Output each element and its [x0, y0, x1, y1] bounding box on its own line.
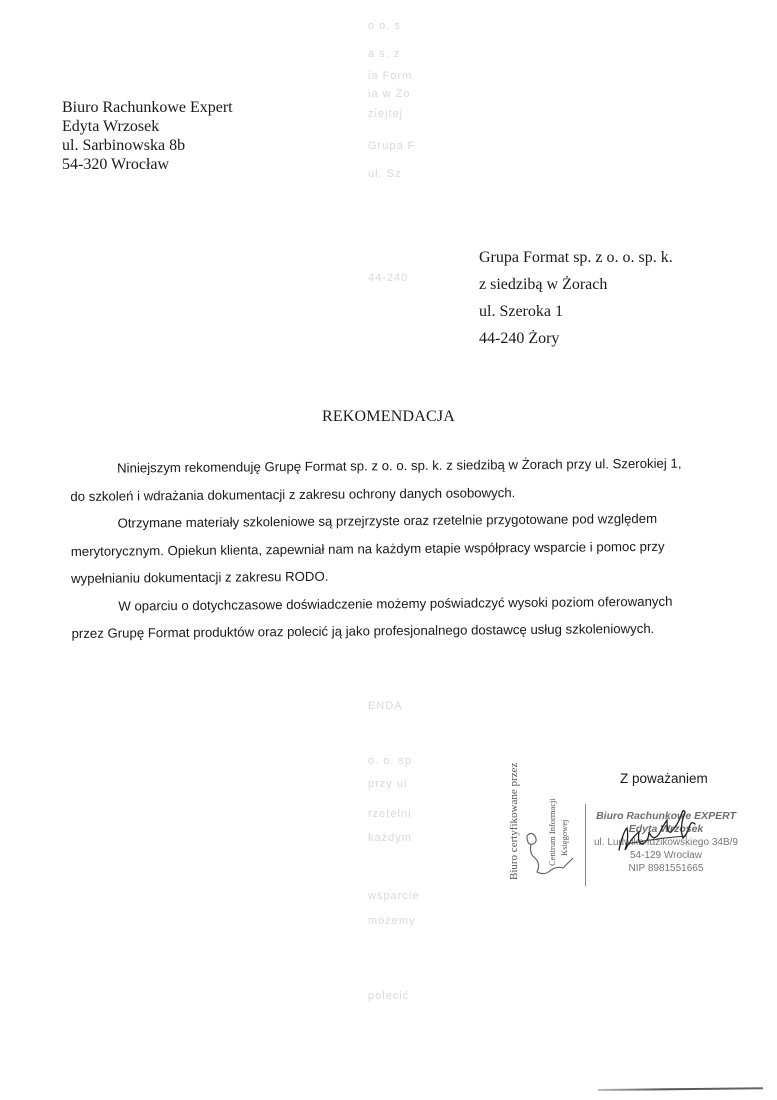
ghost-line: rzetelni [368, 808, 411, 820]
stamp-org-line1: Centrum Informacji [547, 798, 557, 866]
handwritten-signature-icon [597, 800, 747, 880]
ghost-line: 44-240 [368, 272, 408, 284]
stamp-certified-text: Biuro certyfikowane przez [508, 763, 520, 880]
sender-name: Edyta Wrzosek [62, 117, 233, 136]
ghost-line: ziejtej [368, 108, 403, 120]
paragraph-3: W oparciu o dotychczasowe doświadczenie … [71, 587, 696, 647]
sender-address: Biuro Rachunkowe Expert Edyta Wrzosek ul… [62, 98, 233, 174]
ghost-line: każdym [368, 832, 412, 844]
ghost-line: wsparcie [368, 890, 419, 902]
ghost-line: przy ul [368, 778, 407, 790]
ghost-line: o. o. sp [368, 755, 412, 767]
ghost-line: polecić [368, 990, 409, 1002]
stamp-divider [585, 804, 586, 886]
ghost-line: o o. s [368, 20, 401, 32]
recipient-address: Grupa Format sp. z o. o. sp. k. z siedzi… [479, 244, 673, 352]
letter-body: Niniejszym rekomenduję Grupę Format sp. … [70, 450, 697, 648]
ghost-line: możemy [368, 915, 416, 927]
paragraph-1: Niniejszym rekomenduję Grupę Format sp. … [70, 450, 695, 510]
recipient-street: ul. Szeroka 1 [479, 298, 673, 325]
closing-salutation: Z poważaniem [620, 771, 708, 786]
sender-city: 54-320 Wrocław [62, 155, 233, 174]
ghost-line: ENDA [368, 700, 403, 712]
recipient-company: Grupa Format sp. z o. o. sp. k. [479, 244, 673, 271]
document-title: REKOMENDACJA [0, 408, 777, 426]
sender-street: ul. Sarbinowska 8b [62, 136, 233, 155]
company-stamp: Biuro certyfikowane przez Centrum Inform… [505, 800, 735, 890]
footer-rule [598, 1087, 763, 1091]
ghost-line: ia w Żo [368, 88, 410, 100]
paragraph-2: Otrzymane materiały szkoleniowe są przej… [70, 505, 696, 593]
sender-company: Biuro Rachunkowe Expert [62, 98, 233, 117]
ghost-line: ul. Sz [368, 168, 402, 180]
document-title-text: REKOMENDACJA [322, 408, 455, 425]
recipient-seat: z siedzibą w Żorach [479, 271, 673, 298]
ghost-line: Grupa F [368, 140, 415, 152]
stamp-org-line2: Księgowej [559, 820, 569, 856]
recipient-city: 44-240 Żory [479, 325, 673, 352]
ghost-line: a s. z [368, 48, 400, 60]
ghost-line: ia Form [368, 70, 412, 82]
